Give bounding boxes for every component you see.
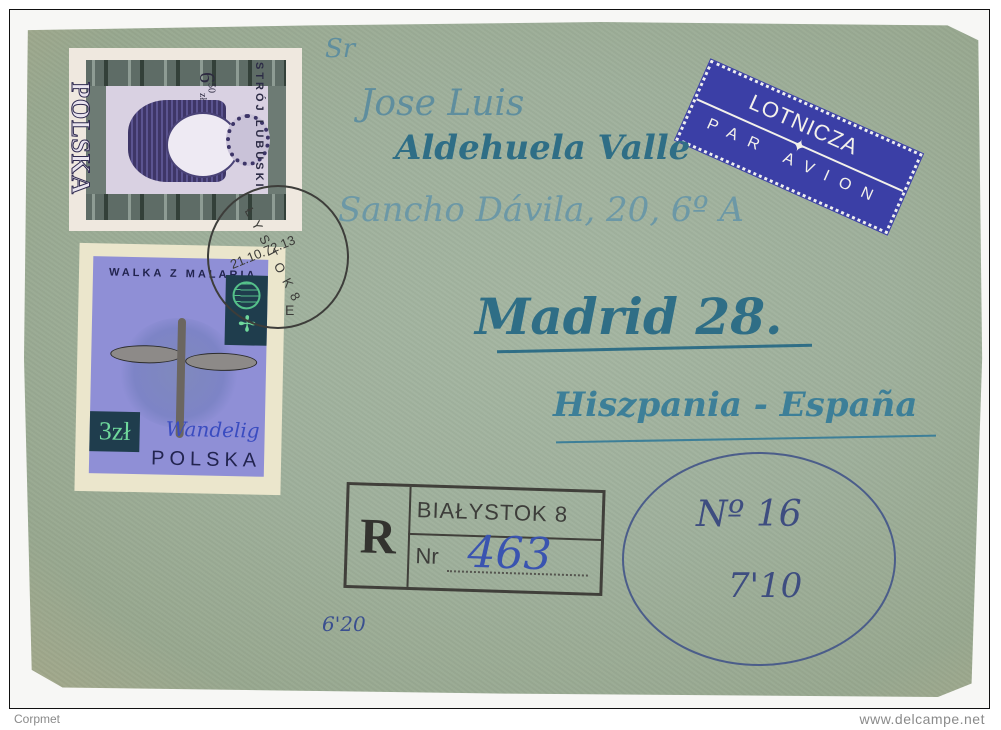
postmark-letter: E xyxy=(285,302,294,318)
stamp-costume-field xyxy=(106,86,268,194)
oval-amount: 7'10 xyxy=(728,566,802,606)
stamp-signature: Wandelig xyxy=(165,417,259,443)
address-street: Sancho Dávila, 20, 6º A xyxy=(338,190,744,230)
stamp-country: POLSKA xyxy=(151,447,262,472)
stamp-caption: STRÓJ LUBUSKI xyxy=(253,62,265,190)
address-city: Madrid 28. xyxy=(475,287,782,346)
registration-label: R BIAŁYSTOK 8 Nr 463 xyxy=(343,482,605,596)
registration-office: BIAŁYSTOK 8 xyxy=(416,497,568,528)
stamp-country: POLSKA xyxy=(65,82,95,195)
registration-letter: R xyxy=(346,485,411,587)
pencil-note: 6'20 xyxy=(322,612,366,636)
stamp-value: 650zł xyxy=(194,72,220,100)
address-salutation: Sr xyxy=(325,34,355,64)
footer-watermark: www.delcampe.net xyxy=(859,711,985,727)
registration-nr-label: Nr xyxy=(415,543,439,570)
address-surname: Aldehuela Valle xyxy=(395,128,690,168)
registration-number: 463 xyxy=(467,527,553,581)
address-country: Hiszpania - España xyxy=(553,385,917,425)
stamp-value: 3zł xyxy=(89,411,140,452)
footer-seller: Corpmet xyxy=(14,712,60,726)
address-name: Jose Luis xyxy=(360,83,524,124)
oval-annotation: Nº 16 7'10 xyxy=(622,452,896,666)
oval-number: Nº 16 xyxy=(696,494,802,535)
